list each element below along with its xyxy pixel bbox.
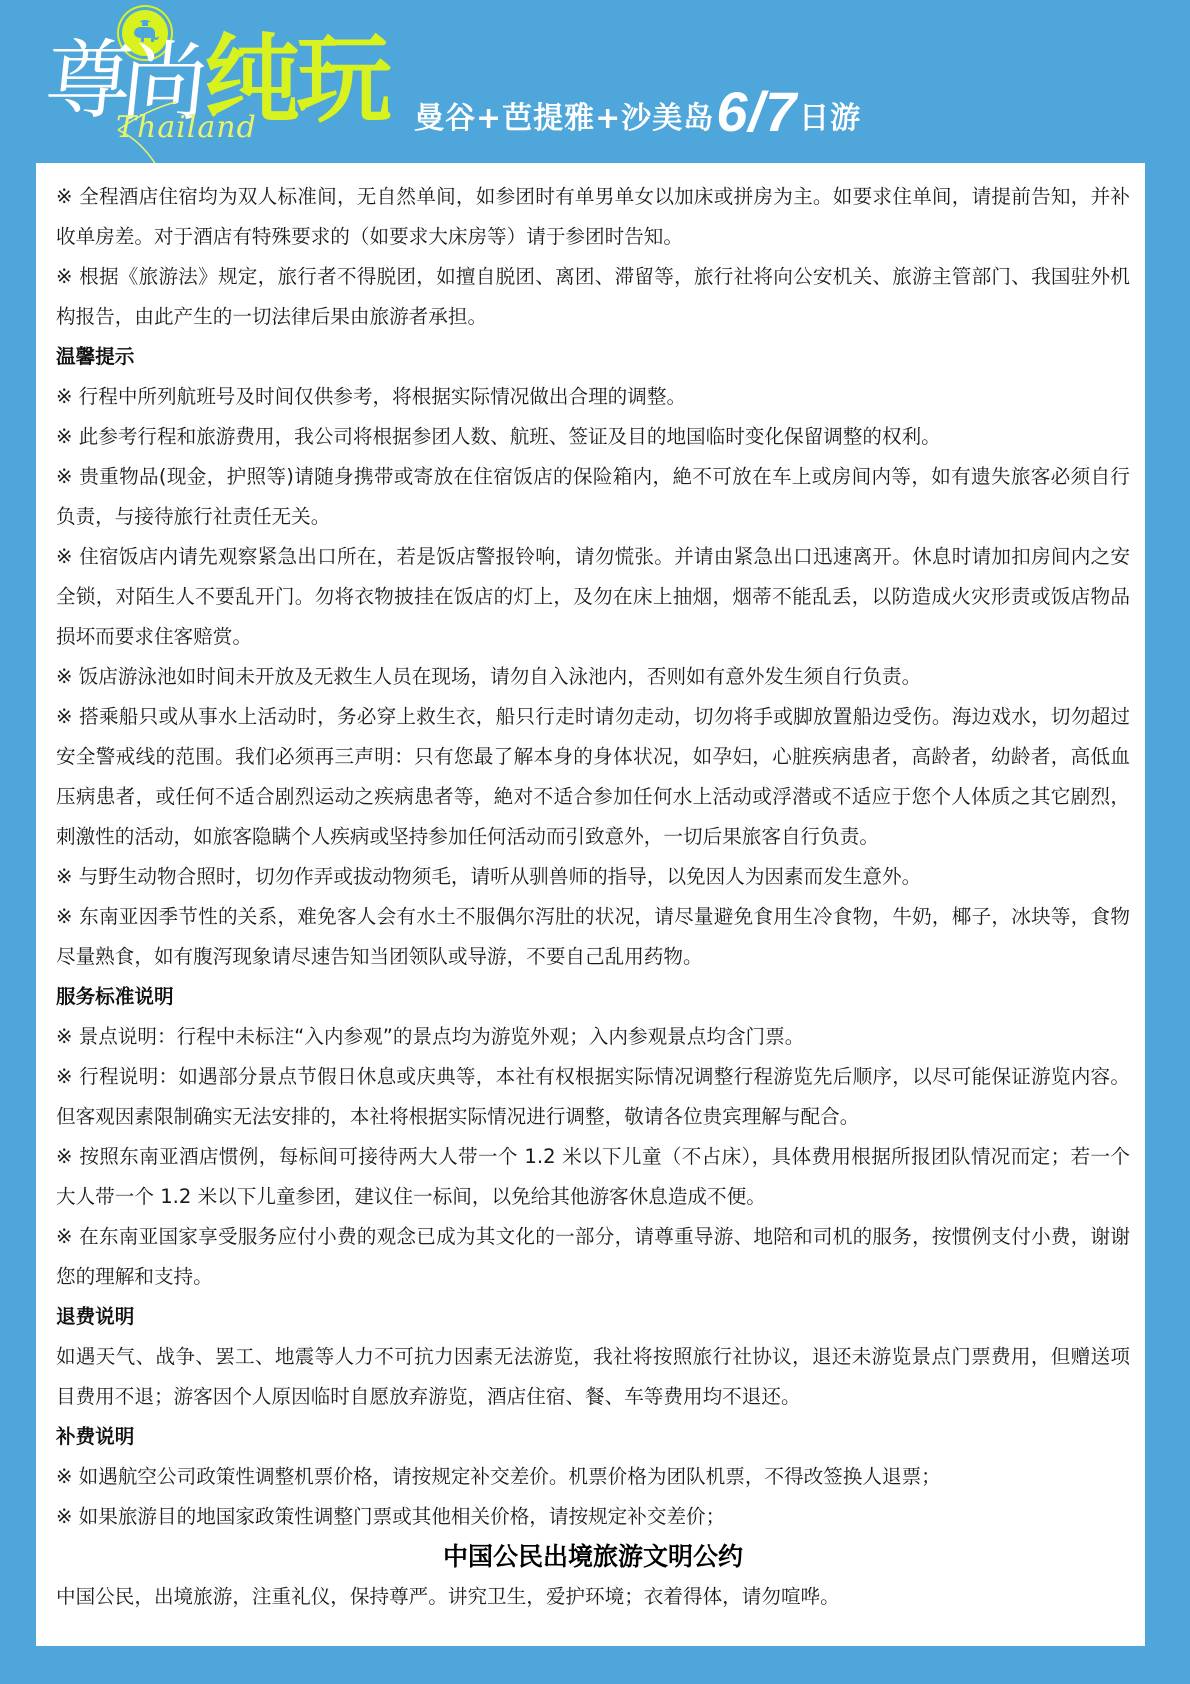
refund-item: 如遇天气、战争、罢工、地震等人力不可抗力因素无法游览，我社将按照旅行社协议，退还…: [56, 1337, 1130, 1417]
content-panel: ※ 全程酒店住宿均为双人标准间，无自然单间，如参团时有单男单女以加床或拼房为主。…: [36, 163, 1145, 1646]
service-item: ※ 在东南亚国家享受服务应付小费的观念已成为其文化的一部分，请尊重导游、地陪和司…: [56, 1217, 1130, 1297]
logo-char-wan: 玩: [296, 32, 390, 128]
section-heading-surcharge: 补费说明: [56, 1417, 1130, 1457]
tip-item: ※ 与野生动物合照时，切勿作弄或拔动物须毛，请听从驯兽师的指导，以免因人为因素而…: [56, 857, 1130, 897]
tip-item: ※ 搭乘船只或从事水上活动时，务必穿上救生衣，船只行走时请勿走动，切勿将手或脚放…: [56, 697, 1130, 857]
thailand-script-text: Thailand: [116, 110, 257, 145]
tour-route: 曼谷+芭提雅+沙美岛: [414, 104, 714, 134]
convention-text: 中国公民，出境旅游，注重礼仪，保持尊严。讲究卫生，爱护环境；衣着得体，请勿喧哗。: [56, 1577, 1130, 1617]
tip-item: ※ 贵重物品(现金，护照等)请随身携带或寄放在住宿饭店的保险箱内，絶不可放在车上…: [56, 457, 1130, 537]
convention-title: 中国公民出境旅游文明公约: [56, 1537, 1130, 1577]
intro-item: ※ 全程酒店住宿均为双人标准间，无自然单间，如参团时有单男单女以加床或拼房为主。…: [56, 177, 1130, 257]
tip-item: ※ 饭店游泳池如时间未开放及无救生人员在现场，请勿自入泳池内，否则如有意外发生须…: [56, 657, 1130, 697]
section-heading-tips: 温馨提示: [56, 337, 1130, 377]
intro-item: ※ 根据《旅游法》规定，旅行者不得脱团，如擅自脱团、离团、滞留等，旅行社将向公安…: [56, 257, 1130, 337]
tour-subtitle: 曼谷+芭提雅+沙美岛 6/7 日游: [414, 78, 861, 134]
service-item: ※ 景点说明：行程中未标注“入内参观”的景点均为游览外观；入内参观景点均含门票。: [56, 1017, 1130, 1057]
tour-suffix: 日游: [799, 104, 861, 134]
tour-days: 6/7: [716, 84, 797, 140]
service-item: ※ 行程说明：如遇部分景点节假日休息或庆典等，本社有权根据实际情况调整行程游览先…: [56, 1057, 1130, 1137]
tip-item: ※ 住宿饭店内请先观察紧急出口所在，若是饭店警报铃响，请勿慌张。并请由紧急出口迅…: [56, 537, 1130, 657]
page-header: 尊 尚 纯 玩 Thailand 曼谷+芭提雅+沙美岛 6/7 日游: [0, 0, 1190, 163]
brand-logo: 尊 尚 纯 玩 Thailand: [46, 10, 386, 170]
tip-item: ※ 此参考行程和旅游费用，我公司将根据参团人数、航班、签证及目的地国临时变化保留…: [56, 417, 1130, 457]
tip-item: ※ 东南亚因季节性的关系，难免客人会有水土不服偶尔泻肚的状况，请尽量避免食用生冷…: [56, 897, 1130, 977]
section-heading-service: 服务标准说明: [56, 977, 1130, 1017]
service-item: ※ 按照东南亚酒店惯例，每标间可接待两大人带一个 1.2 米以下儿童（不占床），…: [56, 1137, 1130, 1217]
surcharge-item: ※ 如遇航空公司政策性调整机票价格，请按规定补交差价。机票价格为团队机票，不得改…: [56, 1457, 1130, 1497]
surcharge-item: ※ 如果旅游目的地国家政策性调整门票或其他相关价格，请按规定补交差价；: [56, 1497, 1130, 1537]
section-heading-refund: 退费说明: [56, 1297, 1130, 1337]
terms-content: ※ 全程酒店住宿均为双人标准间，无自然单间，如参团时有单男单女以加床或拼房为主。…: [56, 177, 1130, 1617]
tip-item: ※ 行程中所列航班号及时间仅供参考，将根据实际情况做出合理的调整。: [56, 377, 1130, 417]
